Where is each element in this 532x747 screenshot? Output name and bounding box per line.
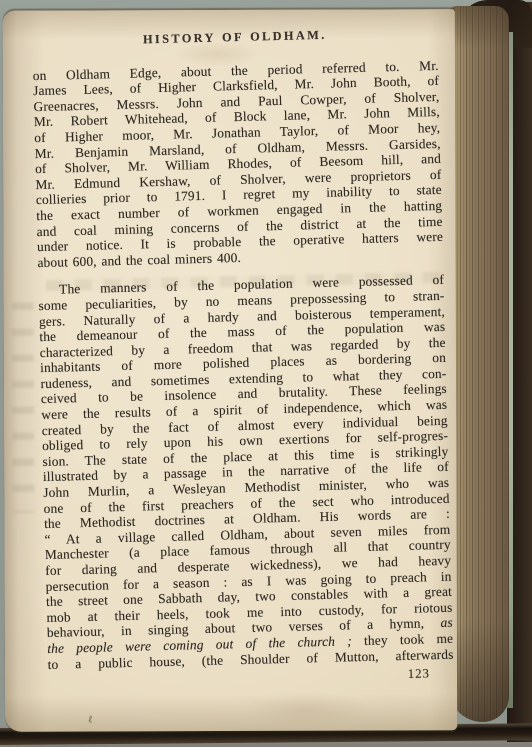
margin-show-through — [12, 303, 35, 513]
book-page: ℓ HISTORY OF OLDHAM. on Oldham Edge, abo… — [3, 9, 458, 732]
pencil-mark: ℓ — [87, 714, 93, 725]
page-edge-stack — [448, 6, 509, 722]
running-header: HISTORY OF OLDHAM. — [32, 25, 438, 51]
text-segment-italic: as — [440, 615, 453, 630]
paragraph-2: The manners of the population were posse… — [38, 272, 454, 672]
paragraph-1: on Oldham Edge, about the period referre… — [33, 58, 444, 271]
book-scan: ℓ HISTORY OF OLDHAM. on Oldham Edge, abo… — [0, 0, 532, 747]
text-segment: they took me — [364, 631, 453, 648]
page-text: HISTORY OF OLDHAM. on Oldham Edge, about… — [32, 25, 454, 692]
